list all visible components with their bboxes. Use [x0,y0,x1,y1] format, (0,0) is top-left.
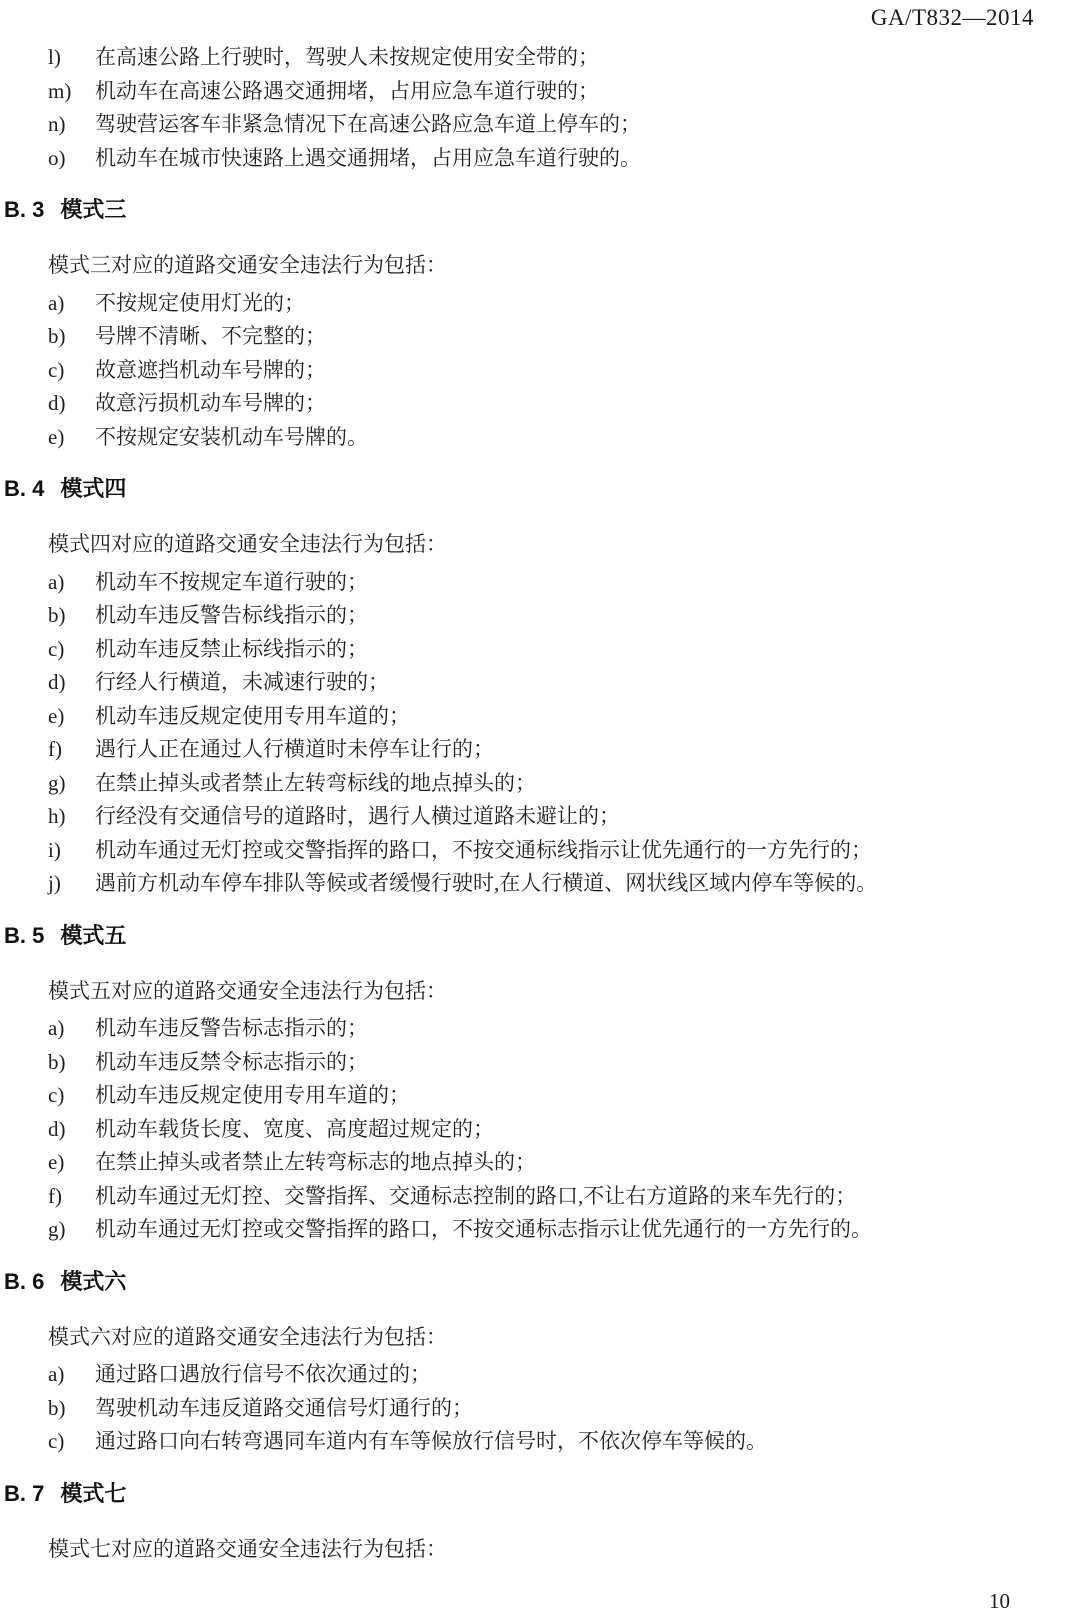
list-item-label: g) [48,1213,95,1247]
list-item-text: 机动车违反警告标线指示的； [95,599,1080,633]
list-item: c) 故意遮挡机动车号牌的； [48,354,1080,388]
section-heading: B. 4 模式四 [4,476,1080,502]
section: B. 7 模式七 模式七对应的道路交通安全违法行为包括： [0,1481,1080,1567]
list-item-text: 号牌不清晰、不完整的； [95,320,1080,354]
list-item-label: l) [48,41,95,75]
list-item: e) 机动车违反规定使用专用车道的； [48,700,1080,734]
list-item: c) 机动车违反规定使用专用车道的； [48,1079,1080,1113]
list-item-text: 机动车载货长度、宽度、高度超过规定的； [95,1113,1080,1147]
section-number: B. 3 [4,197,44,223]
doc-number: GA/T832—2014 [871,5,1034,31]
section-number: B. 5 [4,923,44,949]
list-item-text: 机动车违反规定使用专用车道的； [95,1079,1080,1113]
list-item-label: a) [48,566,95,600]
list-item-label: c) [48,1425,95,1459]
section-item-list: a) 不按规定使用灯光的； b) 号牌不清晰、不完整的； c) 故意遮挡机动车号… [0,287,1080,455]
list-item-label: b) [48,1392,95,1426]
list-item: c) 通过路口向右转弯遇同车道内有车等候放行信号时，不依次停车等候的。 [48,1425,1080,1459]
section-title: 模式六 [60,1269,126,1295]
list-item-text: 不按规定使用灯光的； [95,287,1080,321]
list-item-text: 驾驶机动车违反道路交通信号灯通行的； [95,1392,1080,1426]
list-item-text: 机动车违反禁止标线指示的； [95,633,1080,667]
list-item-label: j) [48,867,95,901]
list-item: m) 机动车在高速公路遇交通拥堵，占用应急车道行驶的； [48,75,1080,109]
section-heading: B. 7 模式七 [4,1481,1080,1507]
list-item-label: d) [48,1113,95,1147]
list-item: d) 机动车载货长度、宽度、高度超过规定的； [48,1113,1080,1147]
list-item-label: b) [48,320,95,354]
list-item: g) 机动车通过无灯控或交警指挥的路口，不按交通标志指示让优先通行的一方先行的。 [48,1213,1080,1247]
section-title: 模式五 [60,923,126,949]
list-item: b) 机动车违反禁令标志指示的； [48,1046,1080,1080]
top-list: l) 在高速公路上行驶时，驾驶人未按规定使用安全带的； m) 机动车在高速公路遇… [0,41,1080,175]
list-item-label: o) [48,142,95,176]
section-intro: 模式五对应的道路交通安全违法行为包括： [48,975,1080,1009]
section-intro: 模式七对应的道路交通安全违法行为包括： [48,1533,1080,1567]
list-item-label: n) [48,108,95,142]
section: B. 3 模式三 模式三对应的道路交通安全违法行为包括： a) 不按规定使用灯光… [0,197,1080,454]
list-item: a) 不按规定使用灯光的； [48,287,1080,321]
list-item-text: 在禁止掉头或者禁止左转弯标线的地点掉头的； [95,767,1080,801]
list-item-text: 机动车违反规定使用专用车道的； [95,700,1080,734]
section-number: B. 7 [4,1481,44,1507]
list-item-label: d) [48,666,95,700]
list-item: o) 机动车在城市快速路上遇交通拥堵，占用应急车道行驶的。 [48,142,1080,176]
list-item-text: 不按规定安装机动车号牌的。 [95,421,1080,455]
section-intro: 模式四对应的道路交通安全违法行为包括： [48,528,1080,562]
list-item-label: c) [48,633,95,667]
list-item-label: d) [48,387,95,421]
list-item: e) 不按规定安装机动车号牌的。 [48,421,1080,455]
list-item-text: 机动车在高速公路遇交通拥堵，占用应急车道行驶的； [95,75,1080,109]
list-item: d) 行经人行横道，未减速行驶的； [48,666,1080,700]
list-item-text: 故意污损机动车号牌的； [95,387,1080,421]
list-item-label: a) [48,1358,95,1392]
list-item-label: e) [48,421,95,455]
list-item-text: 行经没有交通信号的道路时，遇行人横过道路未避让的； [95,800,1080,834]
list-item: c) 机动车违反禁止标线指示的； [48,633,1080,667]
list-item-text: 机动车不按规定车道行驶的； [95,566,1080,600]
section: B. 4 模式四 模式四对应的道路交通安全违法行为包括： a) 机动车不按规定车… [0,476,1080,901]
list-item-label: f) [48,1180,95,1214]
page-content: l) 在高速公路上行驶时，驾驶人未按规定使用安全带的； m) 机动车在高速公路遇… [0,41,1080,1570]
list-item-label: b) [48,599,95,633]
list-item-text: 遇前方机动车停车排队等候或者缓慢行驶时,在人行横道、网状线区域内停车等候的。 [95,867,1080,901]
list-item-label: a) [48,287,95,321]
list-item: g) 在禁止掉头或者禁止左转弯标线的地点掉头的； [48,767,1080,801]
list-item: f) 机动车通过无灯控、交警指挥、交通标志控制的路口,不让右方道路的来车先行的； [48,1180,1080,1214]
list-item-text: 行经人行横道，未减速行驶的； [95,666,1080,700]
section-heading: B. 5 模式五 [4,923,1080,949]
list-item-label: f) [48,733,95,767]
list-item-text: 机动车通过无灯控或交警指挥的路口，不按交通标志指示让优先通行的一方先行的。 [95,1213,1080,1247]
list-item: a) 机动车不按规定车道行驶的； [48,566,1080,600]
section: B. 6 模式六 模式六对应的道路交通安全违法行为包括： a) 通过路口遇放行信… [0,1269,1080,1459]
list-item: n) 驾驶营运客车非紧急情况下在高速公路应急车道上停车的； [48,108,1080,142]
list-item-text: 机动车通过无灯控或交警指挥的路口，不按交通标线指示让优先通行的一方先行的； [95,834,1080,868]
section-title: 模式七 [60,1481,126,1507]
list-item-label: e) [48,1146,95,1180]
list-item-label: c) [48,1079,95,1113]
list-item: f) 遇行人正在通过人行横道时未停车让行的； [48,733,1080,767]
list-item-text: 遇行人正在通过人行横道时未停车让行的； [95,733,1080,767]
list-item: e) 在禁止掉头或者禁止左转弯标志的地点掉头的； [48,1146,1080,1180]
section-heading: B. 6 模式六 [4,1269,1080,1295]
list-item: a) 通过路口遇放行信号不依次通过的； [48,1358,1080,1392]
list-item-text: 通过路口遇放行信号不依次通过的； [95,1358,1080,1392]
section-item-list: a) 机动车不按规定车道行驶的； b) 机动车违反警告标线指示的； c) 机动车… [0,566,1080,901]
list-item-label: m) [48,75,95,109]
section-title: 模式四 [60,476,126,502]
section-title: 模式三 [60,197,126,223]
list-item-text: 在高速公路上行驶时，驾驶人未按规定使用安全带的； [95,41,1080,75]
sections-container: B. 3 模式三 模式三对应的道路交通安全违法行为包括： a) 不按规定使用灯光… [0,197,1080,1566]
list-item: b) 号牌不清晰、不完整的； [48,320,1080,354]
section-intro: 模式六对应的道路交通安全违法行为包括： [48,1321,1080,1355]
section-number: B. 4 [4,476,44,502]
list-item-text: 机动车在城市快速路上遇交通拥堵，占用应急车道行驶的。 [95,142,1080,176]
list-item-label: e) [48,700,95,734]
section-heading: B. 3 模式三 [4,197,1080,223]
list-item: a) 机动车违反警告标志指示的； [48,1012,1080,1046]
list-item-text: 驾驶营运客车非紧急情况下在高速公路应急车道上停车的； [95,108,1080,142]
list-item: h) 行经没有交通信号的道路时，遇行人横过道路未避让的； [48,800,1080,834]
list-item-text: 通过路口向右转弯遇同车道内有车等候放行信号时，不依次停车等候的。 [95,1425,1080,1459]
list-item: j) 遇前方机动车停车排队等候或者缓慢行驶时,在人行横道、网状线区域内停车等候的… [48,867,1080,901]
list-item-text: 机动车违反禁令标志指示的； [95,1046,1080,1080]
list-item-label: h) [48,800,95,834]
section-intro: 模式三对应的道路交通安全违法行为包括： [48,249,1080,283]
document-page: GA/T832—2014 l) 在高速公路上行驶时，驾驶人未按规定使用安全带的；… [0,0,1080,1620]
list-item: b) 驾驶机动车违反道路交通信号灯通行的； [48,1392,1080,1426]
list-item-text: 机动车违反警告标志指示的； [95,1012,1080,1046]
list-item-text: 机动车通过无灯控、交警指挥、交通标志控制的路口,不让右方道路的来车先行的； [95,1180,1080,1214]
list-item-text: 在禁止掉头或者禁止左转弯标志的地点掉头的； [95,1146,1080,1180]
section: B. 5 模式五 模式五对应的道路交通安全违法行为包括： a) 机动车违反警告标… [0,923,1080,1247]
list-item-label: g) [48,767,95,801]
list-item-label: a) [48,1012,95,1046]
section-item-list: a) 机动车违反警告标志指示的； b) 机动车违反禁令标志指示的； c) 机动车… [0,1012,1080,1247]
section-item-list: a) 通过路口遇放行信号不依次通过的； b) 驾驶机动车违反道路交通信号灯通行的… [0,1358,1080,1459]
page-number: 10 [989,1589,1010,1614]
list-item-label: b) [48,1046,95,1080]
list-item-label: c) [48,354,95,388]
section-number: B. 6 [4,1269,44,1295]
list-item-label: i) [48,834,95,868]
list-item: d) 故意污损机动车号牌的； [48,387,1080,421]
list-item-text: 故意遮挡机动车号牌的； [95,354,1080,388]
list-item: b) 机动车违反警告标线指示的； [48,599,1080,633]
list-item: i) 机动车通过无灯控或交警指挥的路口，不按交通标线指示让优先通行的一方先行的； [48,834,1080,868]
list-item: l) 在高速公路上行驶时，驾驶人未按规定使用安全带的； [48,41,1080,75]
